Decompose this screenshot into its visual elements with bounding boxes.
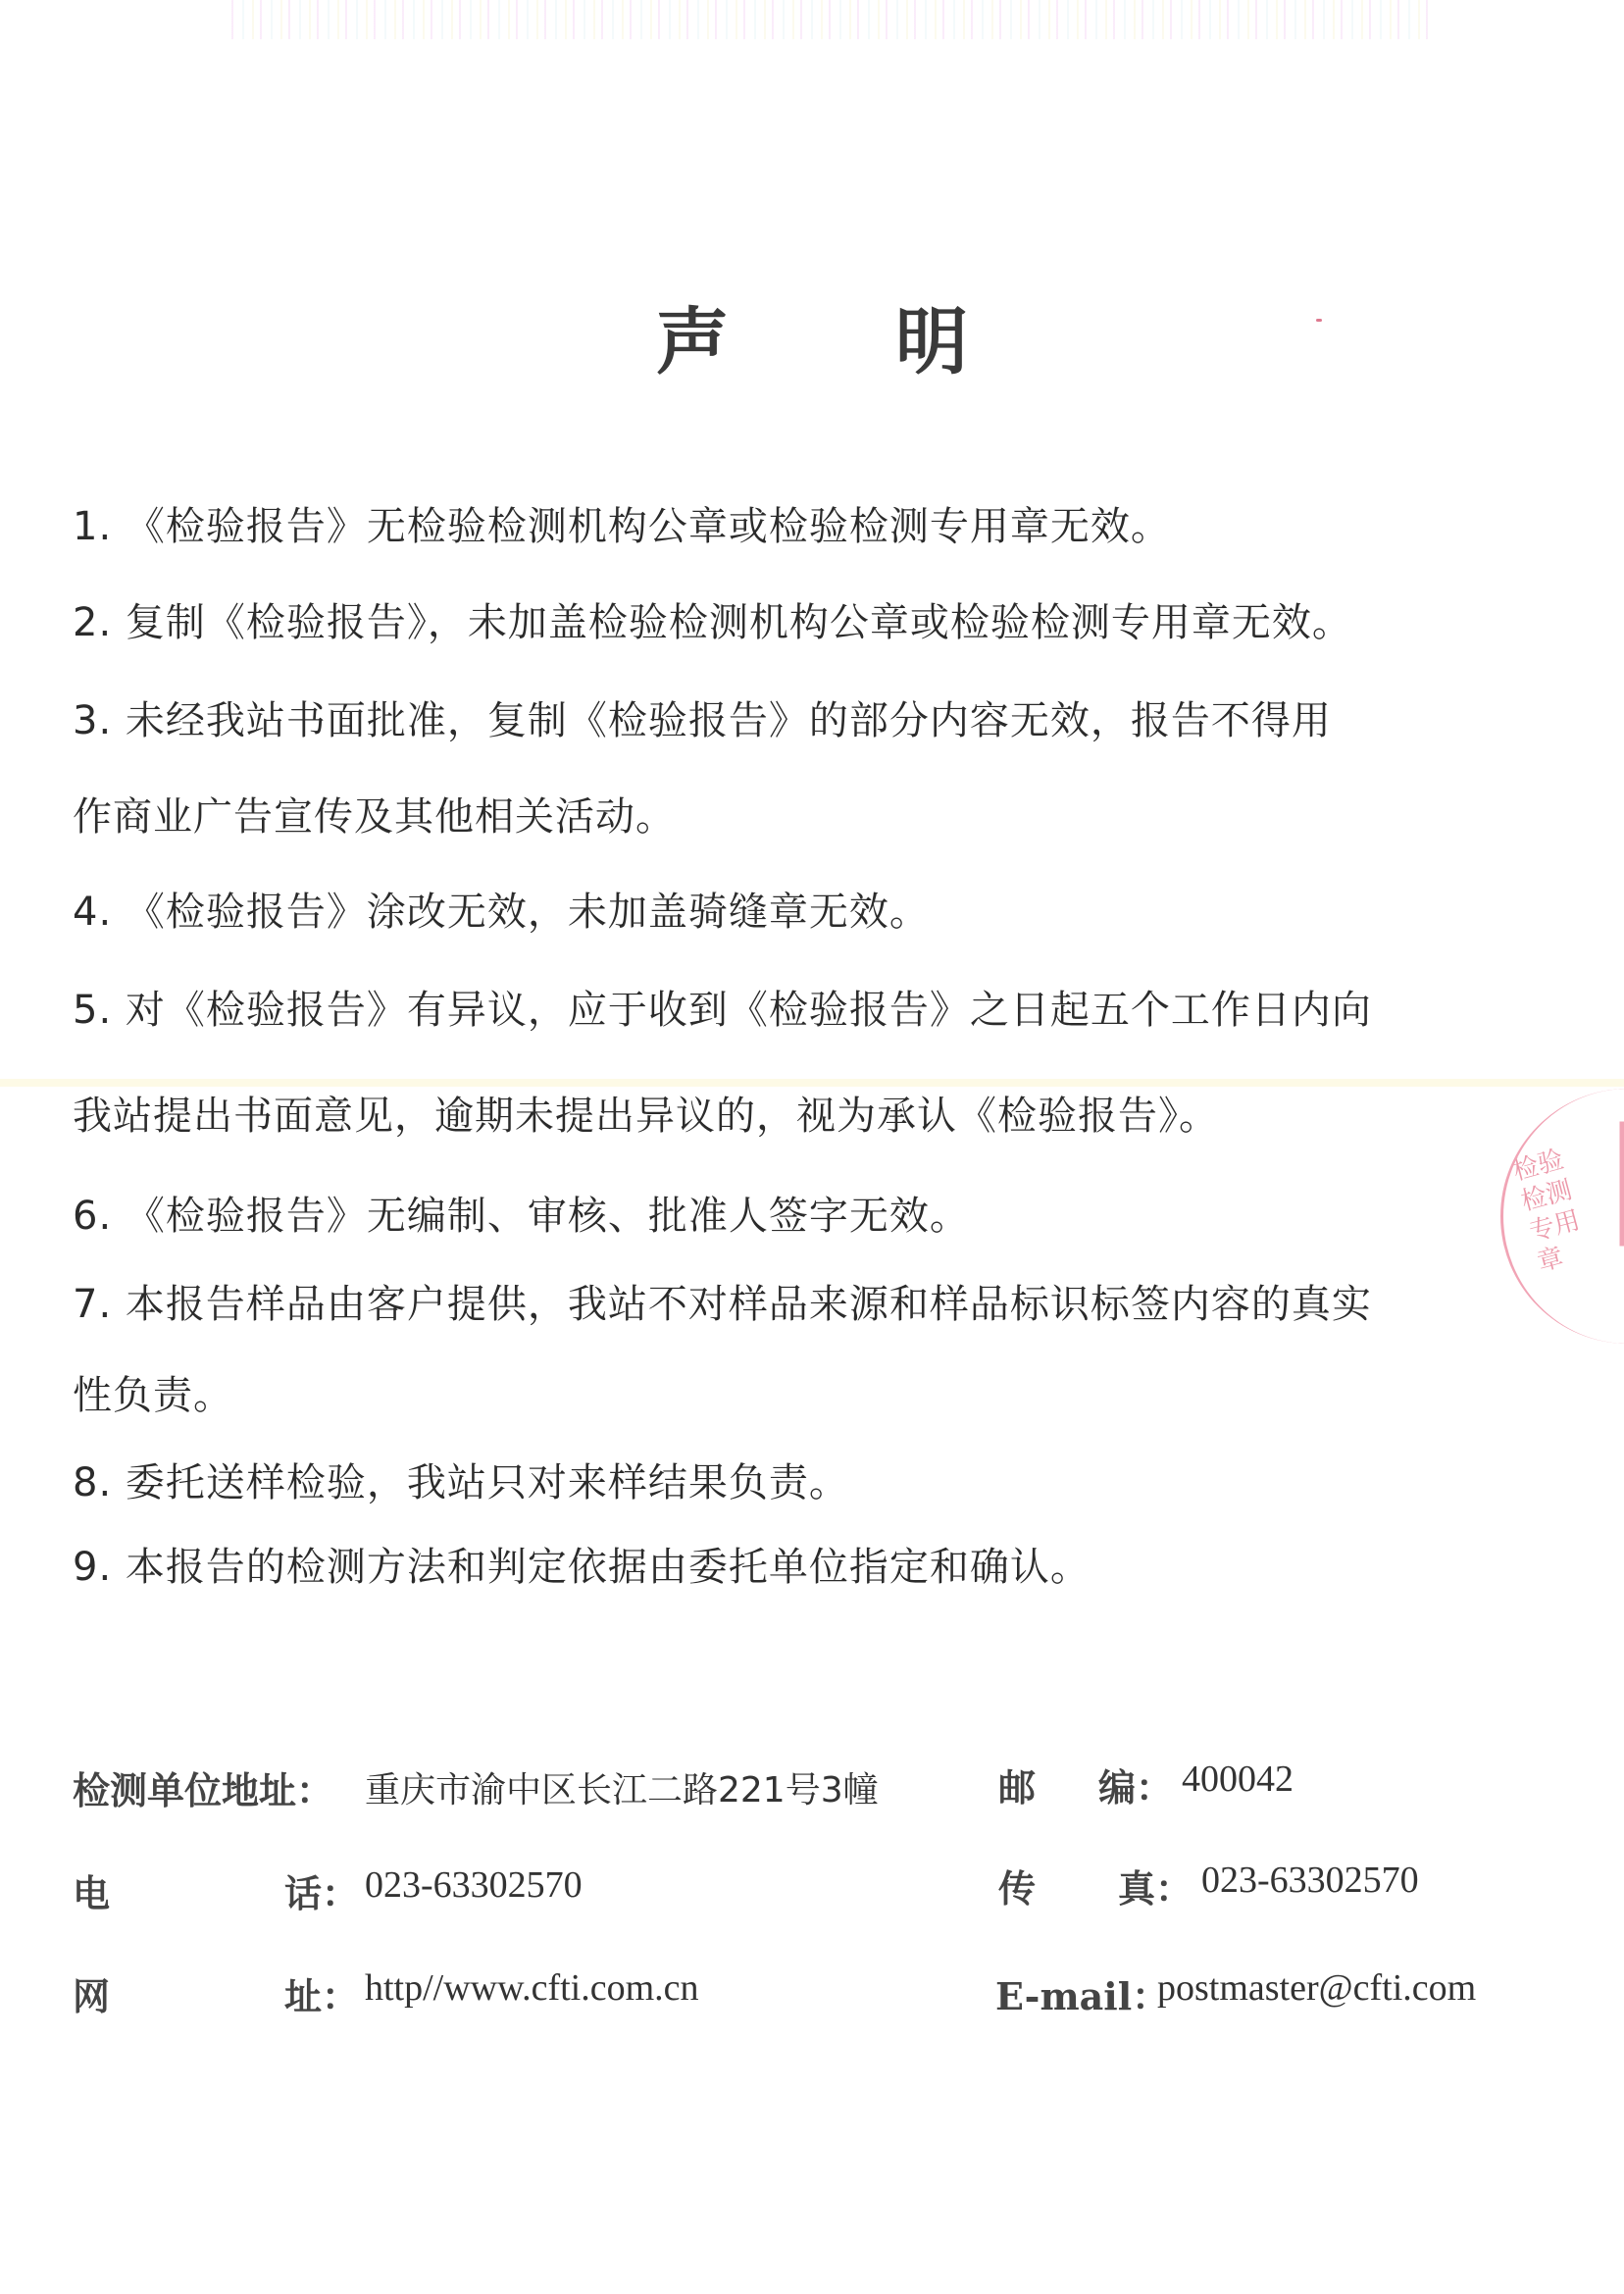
web-label-2: 址： bbox=[284, 1966, 359, 2020]
statement-7-line-2: 性负责。 bbox=[73, 1371, 233, 1420]
postcode-label-1: 邮 bbox=[998, 1758, 1036, 1811]
statement-8: 8. 委托送样检验，我站只对来样结果负责。 bbox=[73, 1458, 849, 1507]
ink-speck bbox=[1316, 319, 1322, 322]
statement-6: 6. 《检验报告》无编制、审核、批准人签字无效。 bbox=[73, 1192, 970, 1241]
statement-7-line-1: 7. 本报告样品由客户提供，我站不对样品来源和样品标识标签内容的真实 bbox=[73, 1280, 1372, 1329]
page-title: 声明 bbox=[0, 284, 1624, 388]
email-link[interactable]: postmaster@cfti.com bbox=[1157, 1966, 1476, 2010]
fax-value: 023-63302570 bbox=[1201, 1859, 1419, 1902]
statement-9: 9. 本报告的检测方法和判定依据由委托单位指定和确认。 bbox=[73, 1543, 1091, 1592]
phone-value: 023-63302570 bbox=[365, 1863, 583, 1907]
fax-label-1: 传 bbox=[998, 1859, 1036, 1912]
address-value: 重庆市渝中区长江二路221号3幢 bbox=[365, 1762, 879, 1812]
statement-4: 4. 《检验报告》涂改无效，未加盖骑缝章无效。 bbox=[73, 888, 930, 937]
fax-label-2: 真： bbox=[1118, 1859, 1193, 1912]
phone-label-2: 话： bbox=[284, 1863, 359, 1917]
website-link[interactable]: http//www.cfti.com.cn bbox=[365, 1966, 699, 2010]
statement-2: 2. 复制《检验报告》，未加盖检验检测机构公章或检验检测专用章无效。 bbox=[73, 598, 1352, 647]
statement-3-line-1: 3. 未经我站书面批准，复制《检验报告》的部分内容无效，报告不得用 bbox=[73, 696, 1332, 745]
postcode-label-2: 编： bbox=[1098, 1758, 1173, 1811]
statement-3-line-2: 作商业广告宣传及其他相关活动。 bbox=[73, 792, 676, 841]
web-label-1: 网 bbox=[73, 1966, 110, 2020]
email-label: E-mail： bbox=[995, 1966, 1169, 2020]
statement-5-line-1: 5. 对《检验报告》有异议，应于收到《检验报告》之日起五个工作日内向 bbox=[73, 986, 1372, 1035]
postcode-value: 400042 bbox=[1182, 1758, 1294, 1801]
official-seal-stamp: 检验检测专用章 bbox=[1500, 1089, 1624, 1344]
statement-1: 1. 《检验报告》无检验检测机构公章或检验检测专用章无效。 bbox=[73, 502, 1171, 551]
statement-5-line-2: 我站提出书面意见，逾期未提出异议的，视为承认《检验报告》。 bbox=[73, 1092, 1219, 1141]
phone-label-1: 电 bbox=[73, 1863, 110, 1917]
address-label: 检测单位地址： bbox=[73, 1760, 333, 1814]
scan-artifact-strip bbox=[226, 0, 1432, 39]
seal-text: 检验检测专用章 bbox=[1509, 1142, 1599, 1278]
scan-artifact-band bbox=[0, 1079, 1624, 1087]
